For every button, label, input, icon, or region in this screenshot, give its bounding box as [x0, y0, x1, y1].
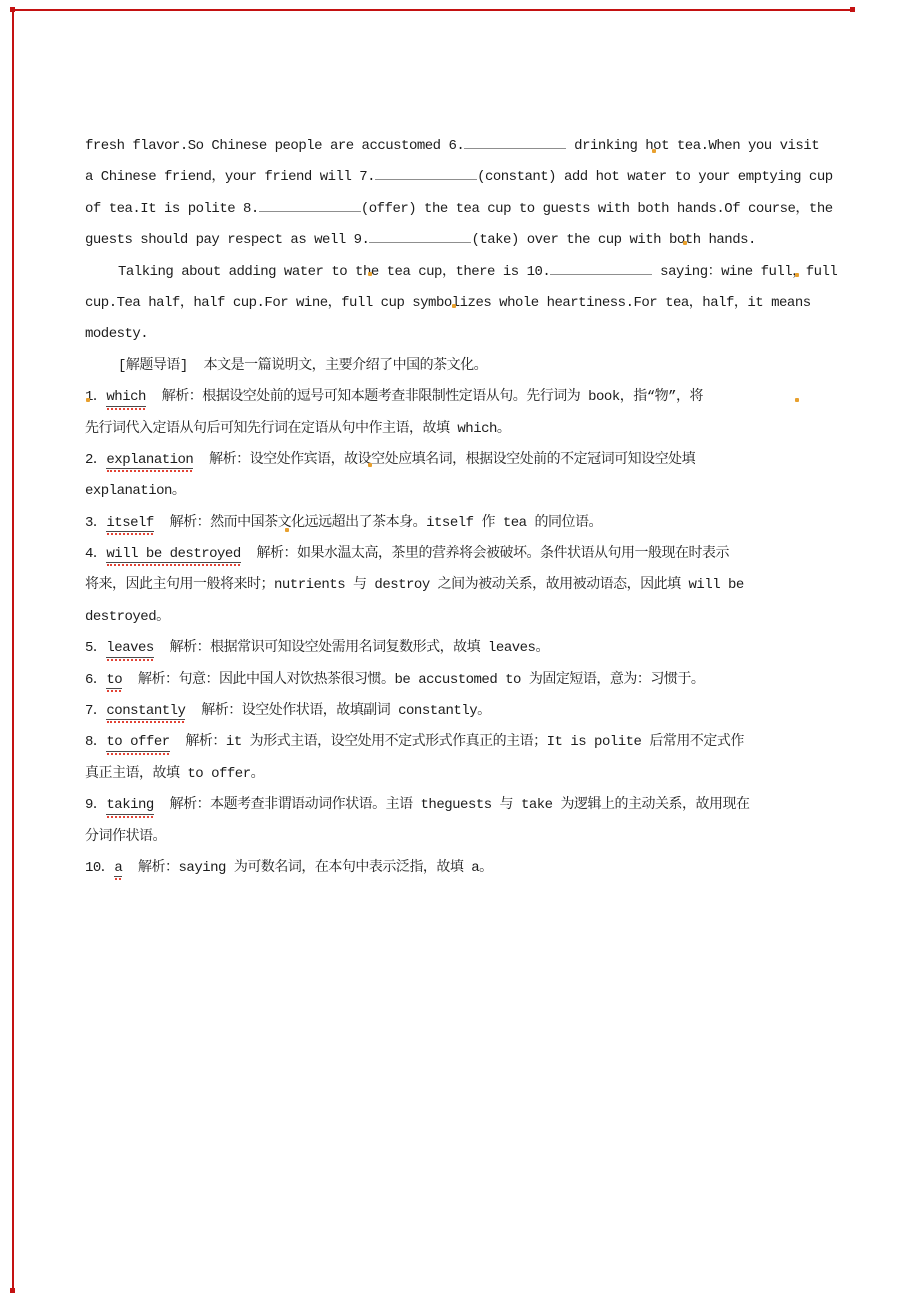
text-line: 2．explanation 解析：设空处作宾语，故设空处应填名词，根据设空处前的… — [85, 445, 877, 476]
text-segment: of tea.It is polite 8. — [85, 201, 259, 217]
text-segment: destroyed。 — [85, 609, 170, 625]
text-segment: 将来，因此主句用一般将来时；nutrients 与 destroy 之间为被动关… — [85, 577, 744, 593]
text-segment: 5． — [85, 640, 106, 656]
text-segment: 解析：如果水温太高，茶里的营养将会被破坏。条件状语从句用一般现在时表示 — [241, 546, 729, 562]
text-segment: 10． — [85, 860, 114, 876]
text-line: a Chinese friend，your friend will 7.(con… — [85, 162, 877, 193]
text-segment: 先行词代入定语从句后可知先行词在定语从句中作主语，故填 which。 — [85, 421, 510, 437]
proof-mark-dot — [795, 398, 799, 402]
answer-word: will be destroyed — [106, 547, 240, 563]
text-line: 7．constantly 解析：设空处作状语，故填副词 constantly。 — [85, 696, 877, 727]
proof-mark-dot — [368, 272, 372, 276]
text-segment: fresh flavor.So Chinese people are accus… — [85, 138, 464, 154]
text-segment: 8． — [85, 734, 106, 750]
proof-mark-dot — [452, 304, 456, 308]
fill-blank — [375, 166, 477, 180]
text-segment: 解析：saying 为可数名词，在本句中表示泛指，故填 a。 — [122, 860, 492, 876]
text-line: 将来，因此主句用一般将来时；nutrients 与 destroy 之间为被动关… — [85, 570, 877, 601]
text-segment: cup.Tea half，half cup.For wine，full cup … — [85, 295, 811, 311]
text-line: cup.Tea half，half cup.For wine，full cup … — [85, 288, 877, 319]
text-line: 3．itself 解析：然而中国茶文化远远超出了茶本身。itself 作 tea… — [85, 508, 877, 539]
text-segment: 解析：然而中国茶文化远远超出了茶本身。itself 作 tea 的同位语。 — [154, 515, 602, 531]
text-segment: 9． — [85, 797, 106, 813]
text-segment: (offer) the tea cup to guests with both … — [361, 201, 833, 217]
guide-handle-bottom-left — [10, 1288, 15, 1293]
text-line: 1．which 解析：根据设空处前的逗号可知本题考查非限制性定语从句。先行词为 … — [85, 382, 877, 413]
answer-word: to offer — [106, 735, 169, 751]
text-line: of tea.It is polite 8.(offer) the tea cu… — [85, 194, 877, 225]
text-line: 10．a 解析：saying 为可数名词，在本句中表示泛指，故填 a。 — [85, 853, 877, 884]
text-line: guests should pay respect as well 9.(tak… — [85, 225, 877, 256]
text-segment: 4． — [85, 546, 106, 562]
answer-word: taking — [106, 798, 153, 814]
answer-word: to — [106, 673, 122, 689]
proof-mark-dot — [795, 273, 799, 277]
text-segment: guests should pay respect as well 9. — [85, 232, 369, 248]
answer-word: which — [106, 390, 146, 406]
guide-handle-top-left — [10, 7, 15, 12]
text-line: 分词作状语。 — [85, 822, 877, 853]
text-segment: 解析：句意：因此中国人对饮热茶很习惯。be accustomed to 为固定短… — [122, 672, 704, 688]
document-body: fresh flavor.So Chinese people are accus… — [85, 131, 877, 884]
text-line: explanation。 — [85, 476, 877, 507]
fill-blank — [369, 229, 471, 243]
answer-word: a — [114, 861, 122, 877]
text-segment: 真正主语，故填 to offer。 — [85, 766, 264, 782]
answer-word: leaves — [106, 641, 153, 657]
text-segment: 解析：设空处作宾语，故设空处应填名词，根据设空处前的不定冠词可知设空处填 — [193, 452, 695, 468]
text-line: [解题导语] 本文是一篇说明文，主要介绍了中国的茶文化。 — [85, 351, 877, 382]
text-segment: 解析：根据常识可知设空处需用名词复数形式，故填 leaves。 — [154, 640, 549, 656]
text-line: 真正主语，故填 to offer。 — [85, 759, 877, 790]
text-segment: 解析：根据设空处前的逗号可知本题考查非限制性定语从句。先行词为 book，指“物… — [146, 389, 703, 405]
text-line: 9．taking 解析：本题考查非谓语动词作状语。主语 theguests 与 … — [85, 790, 877, 821]
fill-blank — [550, 261, 652, 275]
text-line: 4．will be destroyed 解析：如果水温太高，茶里的营养将会被破坏… — [85, 539, 877, 570]
text-segment: a Chinese friend，your friend will 7. — [85, 169, 375, 185]
text-segment: modesty. — [85, 326, 148, 342]
fill-blank — [259, 198, 361, 212]
answer-word: itself — [106, 516, 153, 532]
text-line: Talking about adding water to the tea cu… — [85, 257, 877, 288]
proof-mark-dot — [86, 398, 90, 402]
text-line: modesty. — [85, 319, 877, 350]
proof-mark-dot — [683, 241, 687, 245]
text-segment: (take) over the cup with both hands. — [471, 232, 755, 248]
text-line: 先行词代入定语从句后可知先行词在定语从句中作主语，故填 which。 — [85, 414, 877, 445]
text-segment: 6． — [85, 672, 106, 688]
proof-mark-dot — [285, 528, 289, 532]
text-segment: Talking about adding water to the tea cu… — [118, 264, 550, 280]
text-segment: 3． — [85, 515, 106, 531]
text-segment: saying：wine full，full — [652, 264, 837, 280]
text-segment: 2． — [85, 452, 106, 468]
text-segment: 解析：it 为形式主语，设空处用不定式形式作真正的主语；It is polite… — [170, 734, 744, 750]
answer-word: explanation — [106, 453, 193, 469]
text-line: 5．leaves 解析：根据常识可知设空处需用名词复数形式，故填 leaves。 — [85, 633, 877, 664]
answer-word: constantly — [106, 704, 185, 720]
text-segment: 解析：本题考查非谓语动词作状语。主语 theguests 与 take 为逻辑上… — [154, 797, 750, 813]
margin-guide-top-line — [12, 9, 853, 11]
fill-blank — [464, 135, 566, 149]
text-segment: (constant) add hot water to your emptyin… — [477, 169, 833, 185]
text-segment: drinking hot tea.When you visit — [566, 138, 819, 154]
proof-mark-dot — [652, 149, 656, 153]
text-line: 6．to 解析：句意：因此中国人对饮热茶很习惯。be accustomed to… — [85, 665, 877, 696]
text-segment: 7． — [85, 703, 106, 719]
text-segment: [解题导语] 本文是一篇说明文，主要介绍了中国的茶文化。 — [118, 358, 487, 374]
guide-handle-top-right — [850, 7, 855, 12]
text-line: fresh flavor.So Chinese people are accus… — [85, 131, 877, 162]
proof-mark-dot — [368, 463, 372, 467]
text-segment: 分词作状语。 — [85, 829, 166, 845]
text-line: 8．to offer 解析：it 为形式主语，设空处用不定式形式作真正的主语；I… — [85, 727, 877, 758]
text-segment: explanation。 — [85, 483, 185, 499]
text-segment: 解析：设空处作状语，故填副词 constantly。 — [185, 703, 490, 719]
margin-guide-left-line — [12, 9, 14, 1291]
text-line: destroyed。 — [85, 602, 877, 633]
